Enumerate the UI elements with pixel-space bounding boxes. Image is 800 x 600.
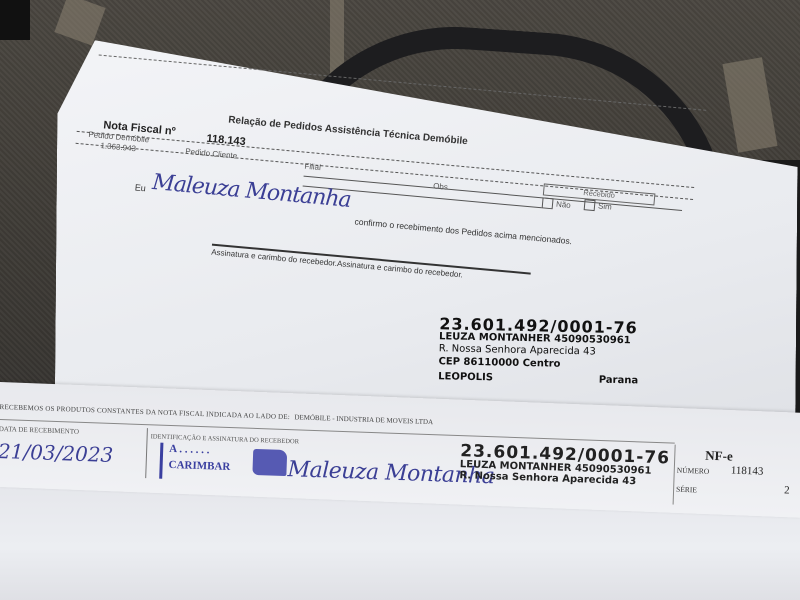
nfe-serie-value: 2 xyxy=(784,484,790,496)
col-obs: Obs xyxy=(433,181,448,191)
emitente-name: DEMÓBILE - INDUSTRIA DE MOVEIS LTDA xyxy=(294,413,433,426)
stamp-district: Centro xyxy=(523,358,561,370)
stamp-state: Parana xyxy=(599,375,639,387)
strip-divider xyxy=(145,428,148,478)
col-filial: Filial xyxy=(304,162,321,172)
nfe-serie-label: SÉRIE xyxy=(676,485,697,495)
nfe-numero-label: NÚMERO xyxy=(677,466,710,476)
recebido-sim-checkbox[interactable] xyxy=(584,199,596,211)
recebido-nao-checkbox[interactable] xyxy=(542,197,554,209)
ink-blot xyxy=(252,449,287,476)
fabric-pattern xyxy=(54,0,105,46)
blue-stamp-line1: A . . . . . . xyxy=(163,443,251,458)
eu-label: Eu xyxy=(134,182,146,193)
stamp-city: LEOPOLIS xyxy=(438,371,493,383)
blue-stamp-line2: CARIMBAR xyxy=(162,459,250,474)
nfe-numero-value: 118143 xyxy=(731,465,764,478)
nfe-title: NF-e xyxy=(705,448,733,465)
data-recebimento-label: DATA DE RECEBIMENTO xyxy=(0,425,79,436)
recebido-nao-label: Não xyxy=(556,200,571,210)
blue-stamp: A . . . . . . CARIMBAR xyxy=(159,443,251,482)
background-shadow xyxy=(0,0,30,40)
confirmation-text: confirmo o recebimento dos Pedidos acima… xyxy=(354,216,572,246)
recebido-sim-label: Sim xyxy=(598,201,613,211)
company-stamp: 23.601.492/0001-76 LEUZA MONTANHER 45090… xyxy=(438,314,659,387)
nfe-box: NF-e NÚMERO 118143 SÉRIE 2 xyxy=(673,445,800,509)
recebido-label: Recebido xyxy=(583,188,615,200)
recebemos-text: RECEBEMOS OS PRODUTOS CONSTANTES DA NOTA… xyxy=(0,403,290,421)
data-recebimento-value: 21/03/2023 xyxy=(0,439,114,467)
company-stamp-bottom: 23.601.492/0001-76 LEUZA MONTANHER 45090… xyxy=(459,441,670,488)
stamp-cep: CEP 86110000 xyxy=(438,356,519,369)
fabric-pattern xyxy=(722,57,777,153)
